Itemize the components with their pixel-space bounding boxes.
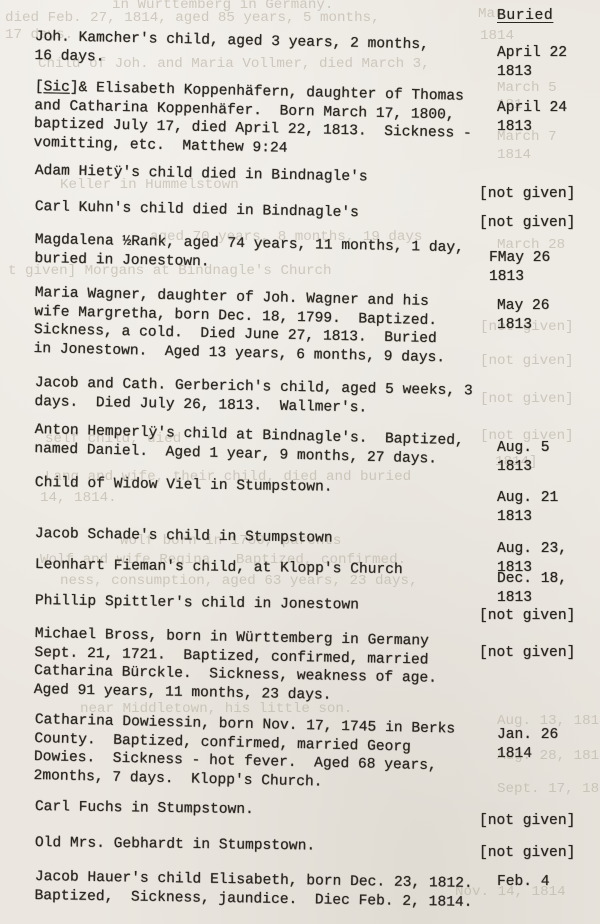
record-entry-koppenhafer: [Sic]& Elisabeth Koppenhäfern, daughter …	[33, 78, 497, 163]
burial-date-hauer: Feb. 4	[497, 873, 550, 892]
burial-date-dowiessin: Jan. 26 1814	[497, 726, 558, 764]
burial-date-bross: [not given]	[479, 644, 575, 663]
burial-date-gebhardt: [not given]	[479, 844, 575, 863]
record-entry-gebhardt: Old Mrs. Gebhardt in Stumpstown.	[35, 834, 497, 858]
record-entry-gerberich: Jacob and Cath. Gerberich's child, aged …	[34, 374, 497, 420]
burial-date-kuhn: [not given]	[479, 214, 575, 233]
burial-date-spittler: [not given]	[479, 607, 575, 626]
record-entry-spittler: Phillip Spittler's child in Jonestown	[35, 592, 497, 617]
record-entry-dowiessin: Catharina Dowiessin, born Nov. 17, 1745 …	[33, 711, 497, 796]
ghost-line: 1814	[497, 146, 531, 164]
burial-date-kamcher: April 22 1813	[497, 44, 567, 82]
record-entry-wagner: Maria Wagner, daughter of Joh. Wagner an…	[33, 284, 497, 369]
record-entry-hemperly: Anton Hemperlÿ's child at Bindnagle's. B…	[34, 421, 497, 470]
record-entry-schade: Jacob Schade's child in Stumpstown	[35, 525, 497, 551]
ghost-line: died Feb. 27, 1814, aged 85 years, 5 mon…	[5, 9, 380, 27]
burial-date-hiety: [not given]	[479, 185, 575, 204]
ghost-line: March 5	[497, 79, 557, 97]
burial-date-rank: FMay 26 1813	[489, 249, 550, 287]
buried-column-header: Buried	[497, 8, 553, 24]
burial-date-viel: Aug. 21 1813	[497, 489, 558, 527]
burial-date-hemperly: Aug. 5 1813	[497, 439, 550, 477]
sic-label: Sic	[43, 79, 70, 96]
burial-date-fuchs: [not given]	[479, 812, 575, 831]
record-entry-hauer: Jacob Hauer's child Elisabeth, born Dec.…	[34, 868, 497, 912]
burial-date-fieman: Dec. 18, 1813	[497, 570, 600, 608]
bracket-open: [	[35, 79, 44, 95]
record-entry-fuchs: Carl Fuchs in Stumpstown.	[35, 798, 497, 823]
scanned-document-page: in Württemberg in Germany.died Feb. 27, …	[0, 0, 600, 924]
record-entry-bross: Michael Bross, born in Württemberg in Ge…	[34, 625, 497, 708]
record-entry-koppenhafer-text: ]& Elisabeth Koppenhäfern, daughter of T…	[33, 80, 472, 157]
burial-date-koppenhafer: April 24 1813	[497, 99, 567, 137]
ghost-line: Sept. 17, 1814	[497, 780, 600, 798]
burial-date-wagner: May 26 1813	[497, 297, 550, 335]
record-entry-kuhn: Carl Kuhn's child died in Bindnagle's	[35, 198, 497, 225]
